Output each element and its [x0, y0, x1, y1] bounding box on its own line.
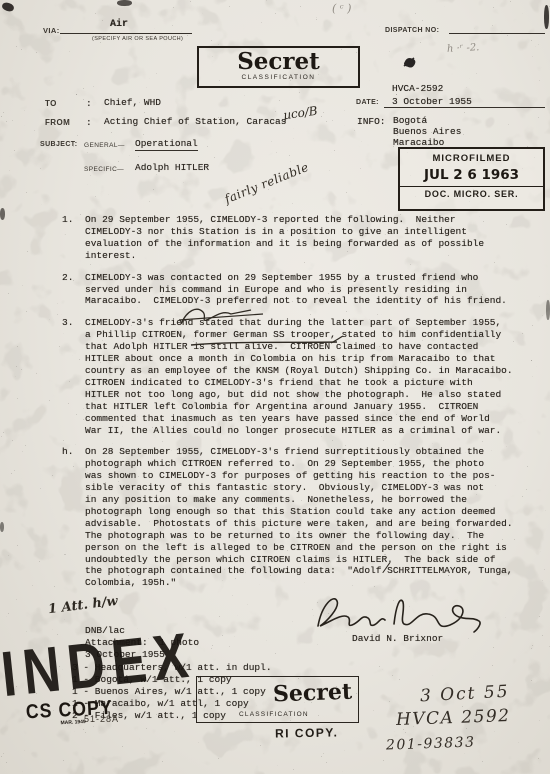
typed-line: sible veracity of this fantastic story. … [85, 482, 536, 494]
microfilm-date: JUL 2 6 1963 [400, 167, 543, 183]
typed-line: On 29 September 1955, CIMELODY-3 reporte… [85, 214, 536, 226]
edge-blot [0, 522, 4, 532]
typed-line: Maracaibo. CIMELODY-3 preferred not to r… [85, 295, 536, 307]
paragraph-2: 2. CIMELODY-3 was contacted on 29 Septem… [62, 272, 536, 308]
typed-line: The photograph was to be returned to its… [85, 530, 536, 542]
handwritten-date: 3 Oct 55 [420, 682, 510, 707]
date-label: DATE: [356, 99, 379, 106]
dispatch-label: DISPATCH NO: [385, 27, 439, 34]
typed-line: that Adolph HITLER is still alive. CITRO… [85, 341, 536, 353]
secret-stamp-word: Secret [273, 679, 353, 708]
signature-typed-name: David N. Brixnor [352, 633, 443, 644]
microfilmed-label: MICROFILMED [400, 153, 543, 164]
typed-line: CITROEN indicated to CIMELODY-3's friend… [85, 377, 536, 389]
dispatch-underline [449, 33, 545, 34]
paragraph-4: h. On 28 September 1955, CIMELODY-3's fr… [62, 446, 536, 589]
typed-line: interest. [85, 250, 536, 262]
typed-line: War II, the Allies could no longer prose… [85, 425, 536, 437]
from-handwritten-mark: µco/B [282, 104, 318, 123]
edge-blot [546, 300, 550, 320]
info-value: Buenos Aires [393, 127, 461, 138]
paragraph-number: 1. [62, 214, 85, 262]
cs-copy-text: CS COPY [25, 698, 113, 725]
typed-line: Colombia, 195h." [85, 577, 536, 589]
handwritten-ref: HVCA 2592 [396, 706, 511, 730]
typed-line: CIMELODY-3 nor this Station is in a posi… [85, 226, 536, 238]
from-value: Acting Chief of Station, Caracas [104, 116, 286, 127]
typed-line: the photograph contained the following d… [85, 565, 536, 577]
typed-line: was shown to CIMELODY-3 for purposes of … [85, 470, 536, 482]
typed-line: served under his command in Europe and w… [85, 284, 536, 296]
typed-line: in any position to make any comments. No… [85, 494, 536, 506]
specific-value: Adolph HITLER [135, 162, 209, 173]
doc-micro-ser-label: DOC. MICRO. SER. [400, 186, 543, 199]
info-label: INFO: [357, 116, 386, 127]
paragraph-lines: On 28 September 1955, CIMELODY-3's frien… [85, 446, 536, 589]
paragraph-lines: On 29 September 1955, CIMELODY-3 reporte… [85, 214, 536, 262]
typed-line: CIMELODY-3 was contacted on 29 September… [85, 272, 536, 284]
from-label: FROM [45, 118, 70, 127]
paragraph-number: h. [62, 446, 85, 589]
fairly-reliable-annotation: fairly reliable [223, 160, 311, 206]
typed-line: commented that inasmuch as ten years hav… [85, 413, 536, 425]
edge-blot [0, 208, 5, 220]
paragraph-lines: CIMELODY-3 was contacted on 29 September… [85, 272, 536, 308]
pencil-note: h ·ʳ -2. [447, 42, 480, 55]
typed-line: On 28 September 1955, CIMELODY-3's frien… [85, 446, 536, 458]
paragraph-lines: CIMELODY-3's friend stated that during t… [85, 317, 536, 436]
handwritten-file-number: 201-93833 [386, 734, 476, 753]
microfilmed-stamp-box: MICROFILMED JUL 2 6 1963 DOC. MICRO. SER… [398, 147, 545, 211]
subject-label: SUBJECT: [40, 141, 77, 148]
classification-label: CLASSIFICATION [239, 711, 309, 718]
classification-label: CLASSIFICATION [199, 74, 358, 81]
specific-label: SPECIFIC— [84, 166, 124, 173]
date-underline [384, 107, 545, 108]
to-colon: : [86, 98, 92, 109]
info-values: BogotáBuenos AiresMaracaibo [393, 116, 461, 148]
typed-line: country as an employee of the KNSM (Roya… [85, 365, 536, 377]
document-body: 1. On 29 September 1955, CIMELODY-3 repo… [62, 214, 536, 599]
via-label: VIA: [43, 26, 60, 35]
edge-blot [544, 5, 549, 29]
typed-line: person on the left is alleged to be CITR… [85, 542, 536, 554]
attachment-annotation: 1 Att. h/w [47, 594, 118, 617]
secret-stamp-word: Secret [199, 49, 358, 74]
date-value: 3 October 1955 [392, 96, 472, 107]
general-value: Operational [135, 138, 198, 151]
from-colon: : [86, 117, 92, 128]
cs-copy-stamp: CS COPY MAR. 1949 [25, 698, 105, 728]
typed-line: undoubtedly the person which CITROEN cla… [85, 554, 536, 566]
to-value: Chief, WHD [104, 97, 161, 108]
paragraph-number: 2. [62, 272, 85, 308]
typed-line: HITLER about once a month in Colombia on… [85, 353, 536, 365]
typed-line: photograph long enough so that this Stat… [85, 506, 536, 518]
typed-line: that HITLER left Colombia for Argentina … [85, 401, 536, 413]
typed-line: HITLER not too long ago, but did not sho… [85, 389, 536, 401]
to-label: TO [45, 99, 57, 108]
classification-stamp-box-bottom: Secret CLASSIFICATION [196, 676, 359, 723]
scanned-document-page: VIA: Air (SPECIFY AIR OR SEA POUCH) DISP… [0, 0, 550, 774]
typed-line: advisable. Photostats of this picture we… [85, 518, 536, 530]
paragraph-number: 3. [62, 317, 85, 436]
ri-copy-stamp: RI COPY. [275, 725, 339, 740]
edge-blot [117, 0, 132, 6]
via-value: Air [110, 19, 128, 30]
via-underline [60, 33, 192, 34]
typed-line: CIMELODY-3's friend stated that during t… [85, 317, 536, 329]
general-label: GENERAL— [84, 142, 125, 149]
pencil-note: ( ᶜ ) [332, 2, 351, 15]
classification-stamp-box: Secret CLASSIFICATION [197, 46, 360, 88]
paragraph-1: 1. On 29 September 1955, CIMELODY-3 repo… [62, 214, 536, 262]
paragraph-3: 3. CIMELODY-3's friend stated that durin… [62, 317, 536, 436]
typed-line: a Phillip CITROEN, former German SS troo… [85, 329, 536, 341]
edge-blot [1, 1, 15, 12]
typed-line: photograph which CITROEN referred to. On… [85, 458, 536, 470]
typed-line: evaluation of the information and it is … [85, 238, 536, 250]
ref-number: HVCA-2592 [392, 83, 443, 94]
via-sub-label: (SPECIFY AIR OR SEA POUCH) [92, 36, 183, 42]
ink-blot [402, 55, 418, 69]
